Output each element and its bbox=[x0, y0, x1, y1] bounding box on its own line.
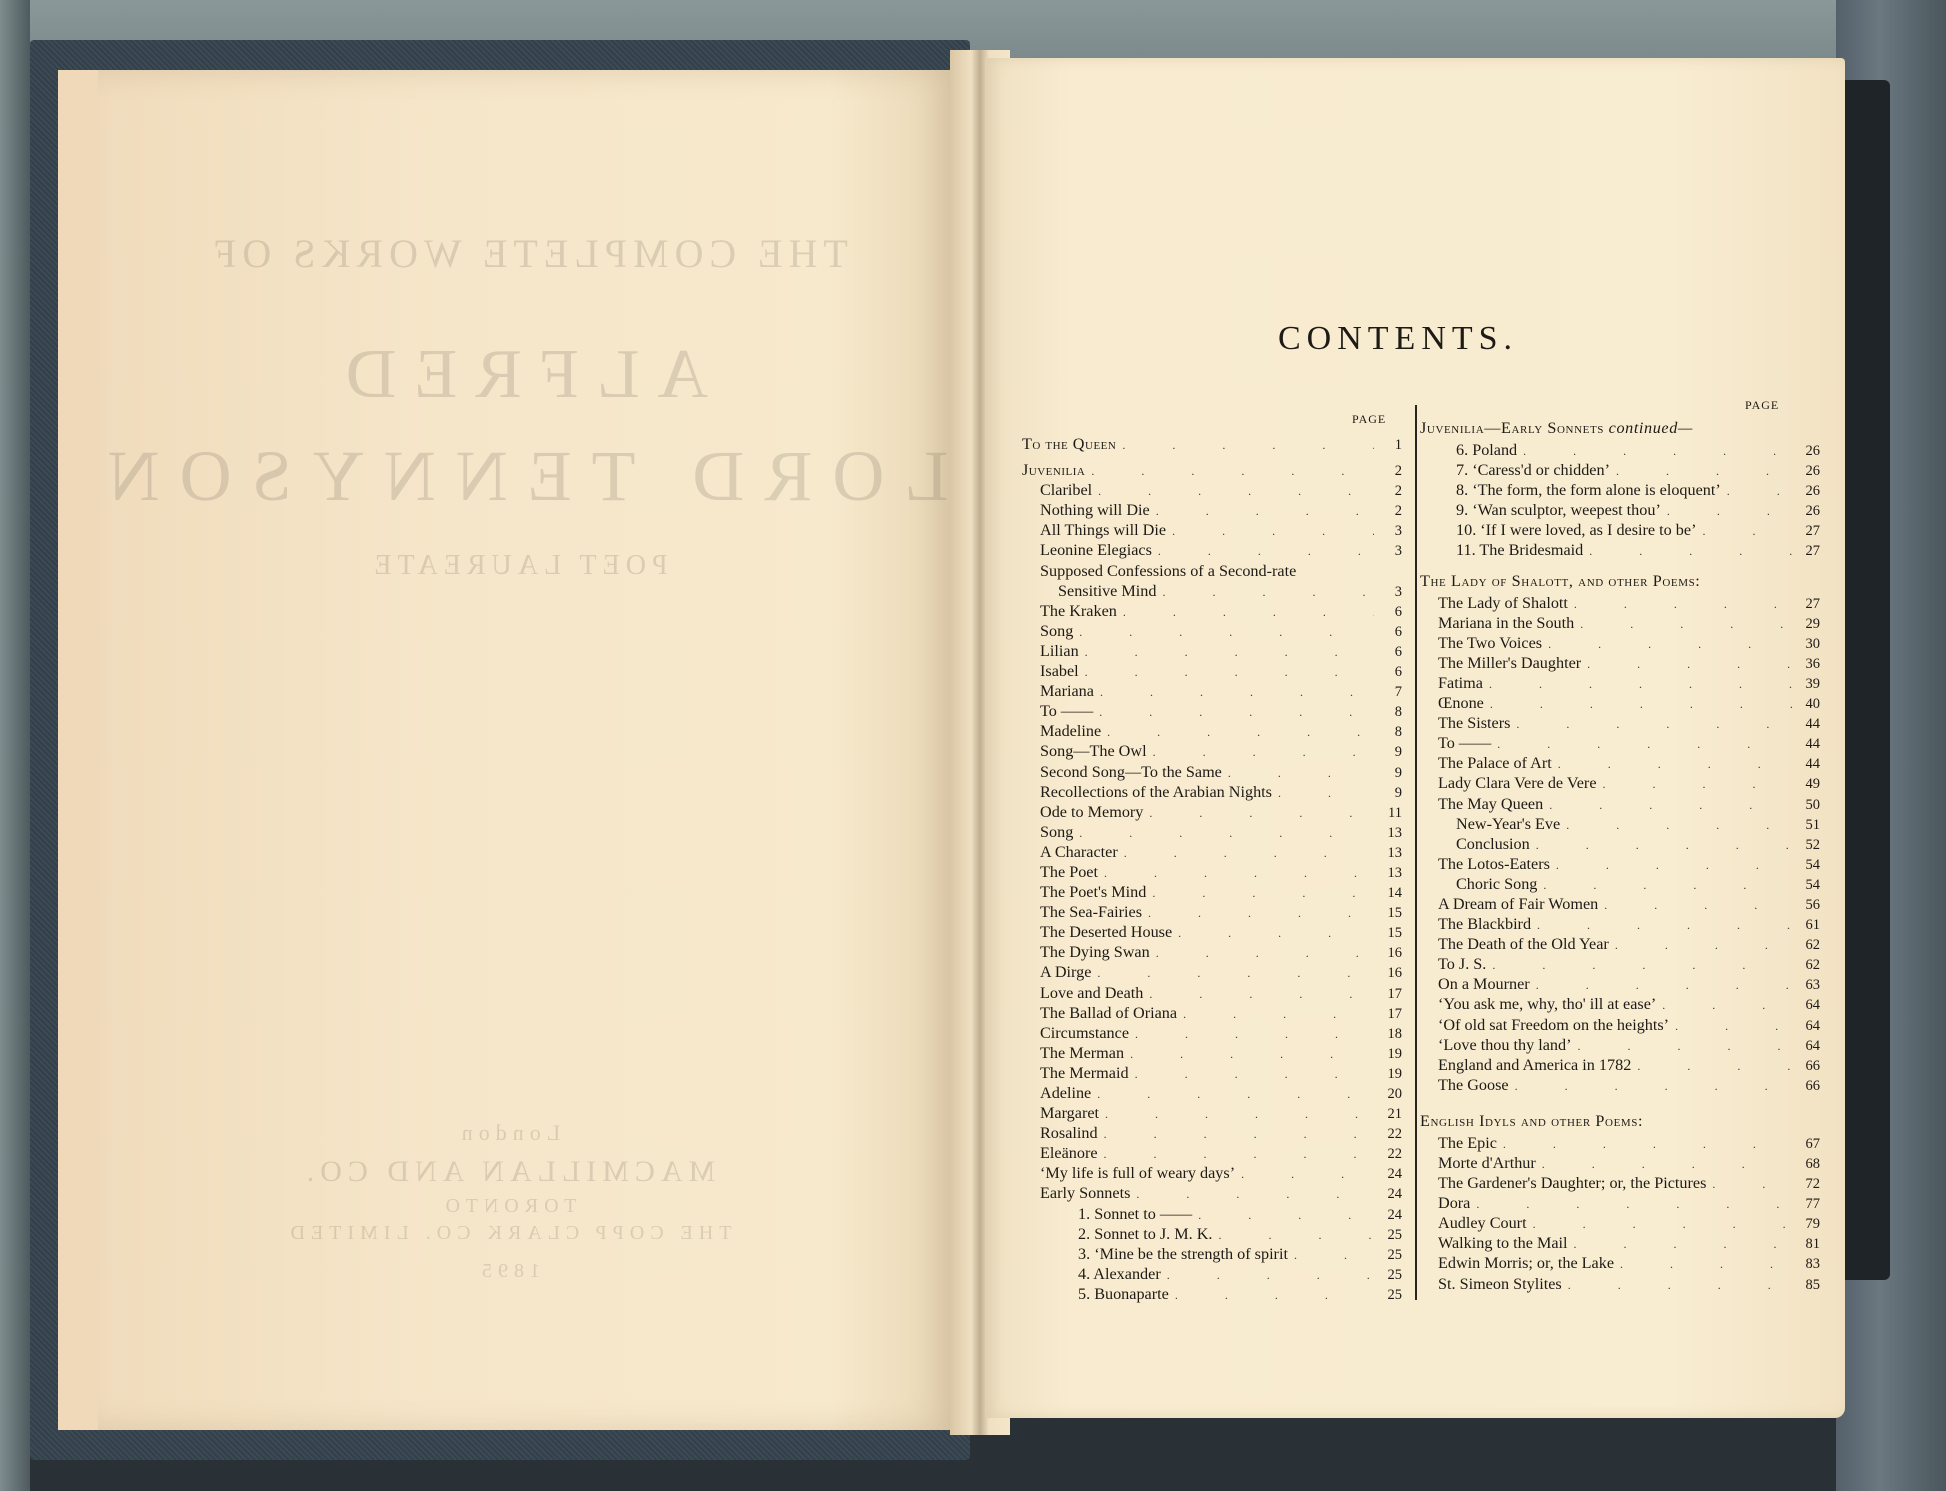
toc-entry: The Two Voices30 bbox=[1420, 633, 1820, 653]
toc-entry-title: Morte d'Arthur bbox=[1420, 1153, 1536, 1173]
dot-leader bbox=[1603, 774, 1792, 794]
toc-entry: Circumstance18 bbox=[1022, 1023, 1402, 1043]
toc-entry: 5. Buonaparte25 bbox=[1022, 1284, 1402, 1304]
toc-entry-title: Fatima bbox=[1420, 673, 1483, 693]
toc-entry: Lady Clara Vere de Vere49 bbox=[1420, 773, 1820, 793]
idyls-entries: The Epic67Morte d'Arthur68The Gardener's… bbox=[1420, 1133, 1820, 1294]
toc-entry-page-number: 3 bbox=[1380, 582, 1402, 602]
toc-entry-page-number: 66 bbox=[1798, 1076, 1820, 1096]
toc-entry: Eleänore22 bbox=[1022, 1143, 1402, 1163]
toc-entry-title: The Dying Swan bbox=[1022, 942, 1150, 962]
dot-leader bbox=[1533, 1214, 1792, 1234]
continued-heading-prefix: Juvenilia—Early Sonnets bbox=[1420, 419, 1609, 437]
dot-leader bbox=[1516, 714, 1792, 734]
toc-entry-page-number: 7 bbox=[1380, 682, 1402, 702]
page-header-left: PAGE bbox=[1352, 412, 1386, 427]
toc-entry-title: 8. ‘The form, the form alone is eloquent… bbox=[1420, 480, 1721, 500]
toc-entry-title: Song bbox=[1022, 822, 1073, 842]
toc-entry-page-number: 64 bbox=[1798, 1036, 1820, 1056]
scan-backdrop-left bbox=[0, 0, 30, 1491]
toc-entry-title: The Death of the Old Year bbox=[1420, 934, 1609, 954]
bleed-line-1: THE COMPLETE WORKS OF bbox=[88, 230, 968, 277]
toc-entry-page-number: 25 bbox=[1380, 1225, 1402, 1245]
toc-entry-page-number: 14 bbox=[1380, 883, 1402, 903]
toc-entry-page-number: 68 bbox=[1798, 1154, 1820, 1174]
toc-entry: Mariana in the South29 bbox=[1420, 613, 1820, 633]
bleed-imprint-3: TORONTO bbox=[68, 1195, 948, 1218]
toc-entry-page-number: 17 bbox=[1380, 984, 1402, 1004]
toc-entry-title: The Two Voices bbox=[1420, 633, 1542, 653]
bleed-imprint-4: THE COPP CLARK CO. LIMITED bbox=[68, 1222, 948, 1245]
dot-leader bbox=[1156, 501, 1374, 521]
toc-entry-page-number: 26 bbox=[1798, 481, 1820, 501]
toc-entry-page-number: 2 bbox=[1380, 501, 1402, 521]
dot-leader bbox=[1097, 963, 1374, 983]
toc-entry-page-number: 8 bbox=[1380, 702, 1402, 722]
toc-entry-page-number: 27 bbox=[1798, 541, 1820, 561]
toc-entry-page-number: 83 bbox=[1798, 1254, 1820, 1274]
toc-entry: 4. Alexander25 bbox=[1022, 1264, 1402, 1284]
toc-entry-page-number: 44 bbox=[1798, 754, 1820, 774]
toc-entry: A Dream of Fair Women56 bbox=[1420, 894, 1820, 914]
toc-entry: Recollections of the Arabian Nights9 bbox=[1022, 782, 1402, 802]
dot-leader bbox=[1198, 1205, 1374, 1225]
toc-entry: ‘My life is full of weary days’24 bbox=[1022, 1163, 1402, 1183]
dot-leader bbox=[1162, 582, 1374, 602]
toc-entry-title: Recollections of the Arabian Nights bbox=[1022, 782, 1272, 802]
toc-entry: Rosalind22 bbox=[1022, 1123, 1402, 1143]
dot-leader bbox=[1574, 594, 1792, 614]
toc-entry-page-number: 13 bbox=[1380, 843, 1402, 863]
toc-entry-page-number: 25 bbox=[1380, 1285, 1402, 1305]
toc-entry-title: The Goose bbox=[1420, 1075, 1509, 1095]
toc-entry: 9. ‘Wan sculptor, weepest thou’26 bbox=[1420, 500, 1820, 520]
toc-entry: ‘Of old sat Freedom on the heights’64 bbox=[1420, 1015, 1820, 1035]
dot-leader bbox=[1549, 795, 1792, 815]
toc-entry-page-number: 13 bbox=[1380, 823, 1402, 843]
toc-entry-page-number: 61 bbox=[1798, 915, 1820, 935]
toc-entry-title: A Dream of Fair Women bbox=[1420, 894, 1598, 914]
toc-entry-title: Juvenilia bbox=[1022, 460, 1085, 480]
toc-entry-title: The Gardener's Daughter; or, the Picture… bbox=[1420, 1173, 1706, 1193]
toc-entry: The Poet's Mind14 bbox=[1022, 882, 1402, 902]
toc-entry-title: Eleänore bbox=[1022, 1143, 1098, 1163]
toc-entry-title: England and America in 1782 bbox=[1420, 1055, 1631, 1075]
toc-entry-title: 2. Sonnet to J. M. K. bbox=[1022, 1224, 1212, 1244]
toc-entry-page-number: 15 bbox=[1380, 903, 1402, 923]
toc-entry: Song13 bbox=[1022, 822, 1402, 842]
toc-entry: The Dying Swan16 bbox=[1022, 942, 1402, 962]
toc-entry-page-number: 22 bbox=[1380, 1144, 1402, 1164]
toc-entry-title: Nothing will Die bbox=[1022, 500, 1150, 520]
dot-leader bbox=[1122, 435, 1374, 455]
contents-right-column: Juvenilia—Early Sonnets continued— 6. Po… bbox=[1420, 418, 1820, 1294]
toc-entry-title: The Ballad of Oriana bbox=[1022, 1003, 1177, 1023]
toc-entry-page-number: 24 bbox=[1380, 1164, 1402, 1184]
dot-leader bbox=[1228, 763, 1374, 783]
toc-entry-title: 11. The Bridesmaid bbox=[1420, 540, 1583, 560]
toc-entry-title: Supposed Confessions of a Second-rate bbox=[1022, 561, 1296, 581]
toc-entry: 7. ‘Caress'd or chidden’26 bbox=[1420, 460, 1820, 480]
toc-entry-page-number: 6 bbox=[1380, 642, 1402, 662]
toc-entry: The Blackbird61 bbox=[1420, 914, 1820, 934]
toc-entry-page-number: 27 bbox=[1798, 521, 1820, 541]
toc-entry: Ode to Memory11 bbox=[1022, 802, 1402, 822]
toc-entry-page-number: 36 bbox=[1798, 654, 1820, 674]
dot-leader bbox=[1079, 622, 1374, 642]
dot-leader bbox=[1476, 1194, 1792, 1214]
dot-leader bbox=[1712, 1174, 1792, 1194]
toc-entry-title: A Character bbox=[1022, 842, 1118, 862]
toc-entry: Lilian6 bbox=[1022, 641, 1402, 661]
section-heading-idyls: English Idyls and other Poems: bbox=[1420, 1111, 1820, 1133]
toc-entry-page-number: 15 bbox=[1380, 923, 1402, 943]
toc-entry-title: St. Simeon Stylites bbox=[1420, 1274, 1562, 1294]
toc-entry-page-number: 2 bbox=[1380, 461, 1402, 481]
toc-entry-title: Circumstance bbox=[1022, 1023, 1129, 1043]
continued-entries: 6. Poland267. ‘Caress'd or chidden’268. … bbox=[1420, 440, 1820, 561]
toc-entry-page-number: 3 bbox=[1380, 521, 1402, 541]
toc-entry-title: Love and Death bbox=[1022, 983, 1143, 1003]
toc-entry: St. Simeon Stylites85 bbox=[1420, 1274, 1820, 1294]
toc-entry: The Palace of Art44 bbox=[1420, 753, 1820, 773]
toc-entry-page-number: 9 bbox=[1380, 783, 1402, 803]
dot-leader bbox=[1543, 875, 1792, 895]
dot-leader bbox=[1130, 1044, 1374, 1064]
toc-entry: Claribel2 bbox=[1022, 480, 1402, 500]
dot-leader bbox=[1523, 441, 1792, 461]
dot-leader bbox=[1503, 1134, 1792, 1154]
bleed-line-4: POET LAUREATE bbox=[78, 550, 958, 582]
toc-entry-page-number: 44 bbox=[1798, 714, 1820, 734]
toc-entry-title: The Merman bbox=[1022, 1043, 1124, 1063]
dot-leader bbox=[1548, 634, 1792, 654]
toc-entry-page-number: 19 bbox=[1380, 1044, 1402, 1064]
dot-leader bbox=[1667, 501, 1792, 521]
dot-leader bbox=[1616, 461, 1792, 481]
dot-leader bbox=[1620, 1254, 1792, 1274]
toc-entry-title: Choric Song bbox=[1420, 874, 1537, 894]
contents-title: CONTENTS. bbox=[1278, 320, 1518, 358]
toc-entry-page-number: 54 bbox=[1798, 855, 1820, 875]
toc-entry: Juvenilia2 bbox=[1022, 460, 1402, 480]
dot-leader bbox=[1158, 541, 1374, 561]
toc-entry-title: 5. Buonaparte bbox=[1022, 1284, 1169, 1304]
dot-leader bbox=[1079, 823, 1374, 843]
toc-entry-title: Isabel bbox=[1022, 661, 1079, 681]
toc-entry: All Things will Die3 bbox=[1022, 520, 1402, 540]
dot-leader bbox=[1589, 541, 1792, 561]
toc-entry: Choric Song54 bbox=[1420, 874, 1820, 894]
dot-leader bbox=[1578, 1036, 1792, 1056]
toc-entry: Isabel6 bbox=[1022, 661, 1402, 681]
toc-entry-page-number: 9 bbox=[1380, 742, 1402, 762]
toc-entry-title: Walking to the Mail bbox=[1420, 1233, 1568, 1253]
toc-entry-title: ‘Love thou thy land’ bbox=[1420, 1035, 1572, 1055]
toc-entry-page-number: 22 bbox=[1380, 1124, 1402, 1144]
dot-leader bbox=[1604, 895, 1792, 915]
toc-entry: 10. ‘If I were loved, as I desire to be’… bbox=[1420, 520, 1820, 540]
left-page-bleed-through: THE COMPLETE WORKS OF ALFRED LORD TENNYS… bbox=[98, 70, 978, 1430]
toc-entry-title: The Poet's Mind bbox=[1022, 882, 1146, 902]
toc-entry-page-number: 49 bbox=[1798, 774, 1820, 794]
dot-leader bbox=[1587, 654, 1792, 674]
toc-entry: Early Sonnets24 bbox=[1022, 1183, 1402, 1203]
column-divider bbox=[1415, 405, 1417, 1300]
toc-entry: The Goose66 bbox=[1420, 1075, 1820, 1095]
section-heading-shalott: The Lady of Shalott, and other Poems: bbox=[1420, 571, 1820, 593]
toc-entry-title: Lilian bbox=[1022, 641, 1079, 661]
dot-leader bbox=[1148, 903, 1374, 923]
toc-entry: Dora77 bbox=[1420, 1193, 1820, 1213]
dot-leader bbox=[1099, 702, 1374, 722]
dot-leader bbox=[1542, 1154, 1792, 1174]
toc-entry-title: ‘Of old sat Freedom on the heights’ bbox=[1420, 1015, 1669, 1035]
toc-entry: Margaret21 bbox=[1022, 1103, 1402, 1123]
toc-entry-title: The Blackbird bbox=[1420, 914, 1531, 934]
dot-leader bbox=[1153, 742, 1374, 762]
toc-entry-page-number: 56 bbox=[1798, 895, 1820, 915]
toc-entry: New-Year's Eve51 bbox=[1420, 814, 1820, 834]
dot-leader bbox=[1107, 722, 1374, 742]
toc-entry: To ——8 bbox=[1022, 701, 1402, 721]
dot-leader bbox=[1178, 923, 1374, 943]
toc-entry-title: To J. S. bbox=[1420, 954, 1486, 974]
toc-entry-title: Leonine Elegiacs bbox=[1022, 540, 1152, 560]
dot-leader bbox=[1566, 815, 1792, 835]
toc-entry: 11. The Bridesmaid27 bbox=[1420, 540, 1820, 560]
dot-leader bbox=[1218, 1225, 1374, 1245]
toc-entry: 8. ‘The form, the form alone is eloquent… bbox=[1420, 480, 1820, 500]
toc-entry: Sensitive Mind3 bbox=[1022, 581, 1402, 601]
shalott-entries: The Lady of Shalott27Mariana in the Sout… bbox=[1420, 593, 1820, 1095]
continued-heading-italic: continued— bbox=[1609, 419, 1693, 437]
toc-entry: Œnone40 bbox=[1420, 693, 1820, 713]
toc-entry-page-number: 62 bbox=[1798, 955, 1820, 975]
toc-entry: Edwin Morris; or, the Lake83 bbox=[1420, 1253, 1820, 1273]
dot-leader bbox=[1156, 943, 1374, 963]
toc-entry-page-number: 63 bbox=[1798, 975, 1820, 995]
toc-entry-page-number: 6 bbox=[1380, 602, 1402, 622]
toc-entry-title: Mariana in the South bbox=[1420, 613, 1574, 633]
toc-entry-title: Audley Court bbox=[1420, 1213, 1527, 1233]
dot-leader bbox=[1492, 955, 1792, 975]
dot-leader bbox=[1615, 935, 1792, 955]
toc-entry: To ——44 bbox=[1420, 733, 1820, 753]
toc-entry-page-number: 52 bbox=[1798, 835, 1820, 855]
dot-leader bbox=[1183, 1004, 1374, 1024]
bleed-line-2: ALFRED bbox=[78, 335, 958, 415]
toc-entry-title: Œnone bbox=[1420, 693, 1484, 713]
toc-entry-title: The Palace of Art bbox=[1420, 753, 1552, 773]
toc-entry: Walking to the Mail81 bbox=[1420, 1233, 1820, 1253]
dot-leader bbox=[1489, 674, 1792, 694]
toc-entry-title: The Sisters bbox=[1420, 713, 1510, 733]
toc-entry-title: Song—The Owl bbox=[1022, 741, 1147, 761]
toc-entry-title: To —— bbox=[1022, 701, 1093, 721]
dot-leader bbox=[1124, 843, 1374, 863]
dot-leader bbox=[1149, 984, 1374, 1004]
toc-entry: Leonine Elegiacs3 bbox=[1022, 540, 1402, 560]
toc-entry: Second Song—To the Same9 bbox=[1022, 762, 1402, 782]
toc-entry-page-number: 66 bbox=[1798, 1056, 1820, 1076]
dot-leader bbox=[1241, 1164, 1374, 1184]
dot-leader bbox=[1135, 1024, 1374, 1044]
toc-entry-title: To the Queen bbox=[1022, 434, 1116, 454]
dot-leader bbox=[1097, 1084, 1374, 1104]
toc-entry-title: Early Sonnets bbox=[1022, 1183, 1130, 1203]
toc-entry-title: Sensitive Mind bbox=[1022, 581, 1156, 601]
bleed-imprint-2: MACMILLAN AND CO. bbox=[68, 1155, 948, 1189]
dot-leader bbox=[1568, 1275, 1792, 1295]
toc-entry: The Merman19 bbox=[1022, 1043, 1402, 1063]
toc-entry-page-number: 16 bbox=[1380, 943, 1402, 963]
toc-entry-title: 4. Alexander bbox=[1022, 1264, 1161, 1284]
toc-entry-page-number: 26 bbox=[1798, 461, 1820, 481]
toc-entry: The Lotos-Eaters54 bbox=[1420, 854, 1820, 874]
toc-entry-title: The Kraken bbox=[1022, 601, 1117, 621]
toc-entry-title: Lady Clara Vere de Vere bbox=[1420, 773, 1597, 793]
toc-entry-page-number: 26 bbox=[1798, 501, 1820, 521]
toc-entry-page-number: 9 bbox=[1380, 763, 1402, 783]
toc-entry-page-number: 29 bbox=[1798, 614, 1820, 634]
continued-heading: Juvenilia—Early Sonnets continued— bbox=[1420, 418, 1820, 440]
dot-leader bbox=[1085, 662, 1374, 682]
toc-entry-page-number: 2 bbox=[1380, 481, 1402, 501]
toc-entry: The Sea-Fairies15 bbox=[1022, 902, 1402, 922]
toc-entry: The Epic67 bbox=[1420, 1133, 1820, 1153]
toc-entry: Mariana7 bbox=[1022, 681, 1402, 701]
toc-entry: 1. Sonnet to ——24 bbox=[1022, 1204, 1402, 1224]
toc-entry: 3. ‘Mine be the strength of spirit25 bbox=[1022, 1244, 1402, 1264]
dot-leader bbox=[1104, 1124, 1374, 1144]
dot-leader bbox=[1515, 1076, 1792, 1096]
dot-leader bbox=[1172, 521, 1374, 541]
toc-entry: Song6 bbox=[1022, 621, 1402, 641]
dot-leader bbox=[1662, 995, 1792, 1015]
toc-entry-title: ‘My life is full of weary days’ bbox=[1022, 1163, 1235, 1183]
toc-entry-title: Mariana bbox=[1022, 681, 1094, 701]
toc-entry-title: To —— bbox=[1420, 733, 1491, 753]
toc-entry: A Dirge16 bbox=[1022, 962, 1402, 982]
toc-entry-title: Second Song—To the Same bbox=[1022, 762, 1222, 782]
toc-entry-title: All Things will Die bbox=[1022, 520, 1166, 540]
dot-leader bbox=[1556, 855, 1792, 875]
toc-entry: 2. Sonnet to J. M. K.25 bbox=[1022, 1224, 1402, 1244]
dot-leader bbox=[1580, 614, 1792, 634]
toc-entry: The May Queen50 bbox=[1420, 794, 1820, 814]
dot-leader bbox=[1104, 863, 1374, 883]
dot-leader bbox=[1136, 1184, 1374, 1204]
toc-entry-title: Dora bbox=[1420, 1193, 1470, 1213]
dot-leader bbox=[1490, 694, 1792, 714]
toc-entry-page-number: 81 bbox=[1798, 1234, 1820, 1254]
dot-leader bbox=[1497, 734, 1792, 754]
toc-entry-page-number: 3 bbox=[1380, 541, 1402, 561]
toc-entry: Audley Court79 bbox=[1420, 1213, 1820, 1233]
toc-entry: To J. S.62 bbox=[1420, 954, 1820, 974]
dot-leader bbox=[1091, 461, 1374, 481]
toc-entry-page-number: 16 bbox=[1380, 963, 1402, 983]
toc-entry: The Deserted House15 bbox=[1022, 922, 1402, 942]
toc-entry-page-number: 8 bbox=[1380, 722, 1402, 742]
toc-entry-title: ‘You ask me, why, tho' ill at ease’ bbox=[1420, 994, 1656, 1014]
toc-entry: The Sisters44 bbox=[1420, 713, 1820, 733]
bleed-line-3: LORD TENNYSON bbox=[78, 435, 958, 518]
toc-entry: The Kraken6 bbox=[1022, 601, 1402, 621]
dot-leader bbox=[1727, 481, 1792, 501]
toc-entry-page-number: 64 bbox=[1798, 1016, 1820, 1036]
toc-entry: Song—The Owl9 bbox=[1022, 741, 1402, 761]
toc-entry-title: 1. Sonnet to —— bbox=[1022, 1204, 1192, 1224]
toc-entry-page-number: 1 bbox=[1380, 435, 1402, 455]
toc-entry-page-number: 6 bbox=[1380, 622, 1402, 642]
toc-entry: Supposed Confessions of a Second-rate bbox=[1022, 561, 1402, 581]
toc-entry-page-number: 24 bbox=[1380, 1184, 1402, 1204]
toc-entry: Conclusion52 bbox=[1420, 834, 1820, 854]
dot-leader bbox=[1294, 1245, 1374, 1265]
toc-entry-title: 9. ‘Wan sculptor, weepest thou’ bbox=[1420, 500, 1661, 520]
toc-entry: Love and Death17 bbox=[1022, 983, 1402, 1003]
toc-entry: The Gardener's Daughter; or, the Picture… bbox=[1420, 1173, 1820, 1193]
toc-entry-page-number: 25 bbox=[1380, 1265, 1402, 1285]
toc-entry-title: The Deserted House bbox=[1022, 922, 1172, 942]
toc-entry: The Lady of Shalott27 bbox=[1420, 593, 1820, 613]
toc-entry-page-number: 20 bbox=[1380, 1084, 1402, 1104]
toc-entry: A Character13 bbox=[1022, 842, 1402, 862]
toc-entry-page-number: 67 bbox=[1798, 1134, 1820, 1154]
toc-entry: Madeline8 bbox=[1022, 721, 1402, 741]
toc-entry-title: Claribel bbox=[1022, 480, 1092, 500]
toc-entry-title: The Miller's Daughter bbox=[1420, 653, 1581, 673]
toc-entry: The Ballad of Oriana17 bbox=[1022, 1003, 1402, 1023]
toc-entry-title: 7. ‘Caress'd or chidden’ bbox=[1420, 460, 1610, 480]
toc-entry-title: Conclusion bbox=[1420, 834, 1530, 854]
dot-leader bbox=[1104, 1144, 1374, 1164]
dot-leader bbox=[1167, 1265, 1374, 1285]
dot-leader bbox=[1105, 1104, 1374, 1124]
toc-entry-title: The Poet bbox=[1022, 862, 1098, 882]
toc-entry-title: The Mermaid bbox=[1022, 1063, 1129, 1083]
bleed-imprint-1: London bbox=[68, 1120, 948, 1146]
dot-leader bbox=[1536, 975, 1792, 995]
toc-entry-title: New-Year's Eve bbox=[1420, 814, 1560, 834]
dot-leader bbox=[1537, 915, 1792, 935]
toc-entry-page-number: 62 bbox=[1798, 935, 1820, 955]
dot-leader bbox=[1123, 602, 1374, 622]
toc-entry-page-number: 30 bbox=[1798, 634, 1820, 654]
toc-entry-page-number: 79 bbox=[1798, 1214, 1820, 1234]
dot-leader bbox=[1637, 1056, 1792, 1076]
toc-entry-title: Edwin Morris; or, the Lake bbox=[1420, 1253, 1614, 1273]
toc-entry: ‘Love thou thy land’64 bbox=[1420, 1035, 1820, 1055]
toc-entry-page-number: 26 bbox=[1798, 441, 1820, 461]
toc-entry: On a Mourner63 bbox=[1420, 974, 1820, 994]
toc-entry-page-number: 27 bbox=[1798, 594, 1820, 614]
dot-leader bbox=[1135, 1064, 1374, 1084]
toc-entry: England and America in 178266 bbox=[1420, 1055, 1820, 1075]
dot-leader bbox=[1175, 1285, 1374, 1305]
contents-left-column: To the Queen1Juvenilia2Claribel2Nothing … bbox=[1022, 434, 1402, 1304]
toc-entry: The Poet13 bbox=[1022, 862, 1402, 882]
toc-entry-title: Song bbox=[1022, 621, 1073, 641]
toc-entry: The Miller's Daughter36 bbox=[1420, 653, 1820, 673]
dot-leader bbox=[1085, 642, 1374, 662]
toc-entry-page-number: 17 bbox=[1380, 1004, 1402, 1024]
toc-entry-page-number: 40 bbox=[1798, 694, 1820, 714]
dot-leader bbox=[1702, 521, 1792, 541]
toc-entry: ‘You ask me, why, tho' ill at ease’64 bbox=[1420, 994, 1820, 1014]
